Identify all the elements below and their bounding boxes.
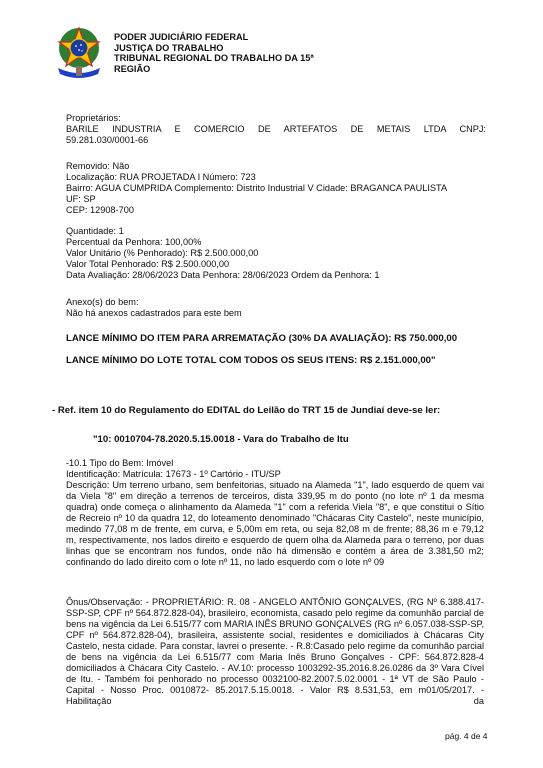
- brasao-da-republica-icon: [54, 24, 104, 80]
- owner-name: BARILE INDUSTRIA E COMERCIO DE ARTEFATOS…: [66, 124, 486, 135]
- owner-cnpj: 59.281.030/0001-66: [66, 135, 486, 146]
- owners-section: Proprietários: BARILE INDUSTRIA E COMERC…: [66, 113, 486, 146]
- encumbrance-section: Ônus/Observação: - PROPRIETÁRIO: R. 08 -…: [66, 597, 484, 707]
- court-name: PODER JUDICIÁRIO FEDERAL JUSTIÇA DO TRAB…: [114, 32, 314, 74]
- valuation-section: Quantidade: 1 Percentual da Penhora: 100…: [66, 226, 486, 281]
- minimum-bid-lot: LANCE MÍNIMO DO LOTE TOTAL COM TODOS OS …: [66, 355, 436, 366]
- minimum-bid-item: LANCE MÍNIMO DO ITEM PARA ARREMATAÇÃO (3…: [66, 333, 457, 344]
- page-number: pág. 4 de 4: [445, 731, 488, 741]
- edital-reference: - Ref. item 10 do Regulamento do EDITAL …: [52, 405, 440, 416]
- document-header: PODER JUDICIÁRIO FEDERAL JUSTIÇA DO TRAB…: [54, 24, 514, 84]
- encumbrance-text: Ônus/Observação: - PROPRIETÁRIO: R. 08 -…: [66, 597, 484, 707]
- item-section: -10.1 Tipo do Bem: Imóvel Identificação:…: [66, 458, 484, 568]
- item-description: Descrição: Um terreno urbano, sem benfei…: [66, 480, 484, 568]
- process-number: "10: 0010704-78.2020.5.15.0018 - Vara do…: [93, 434, 349, 445]
- attachments-section: Anexo(s) do bem: Não há anexos cadastrad…: [66, 297, 486, 319]
- location-section: Removido: Não Localização: RUA PROJETADA…: [66, 161, 486, 216]
